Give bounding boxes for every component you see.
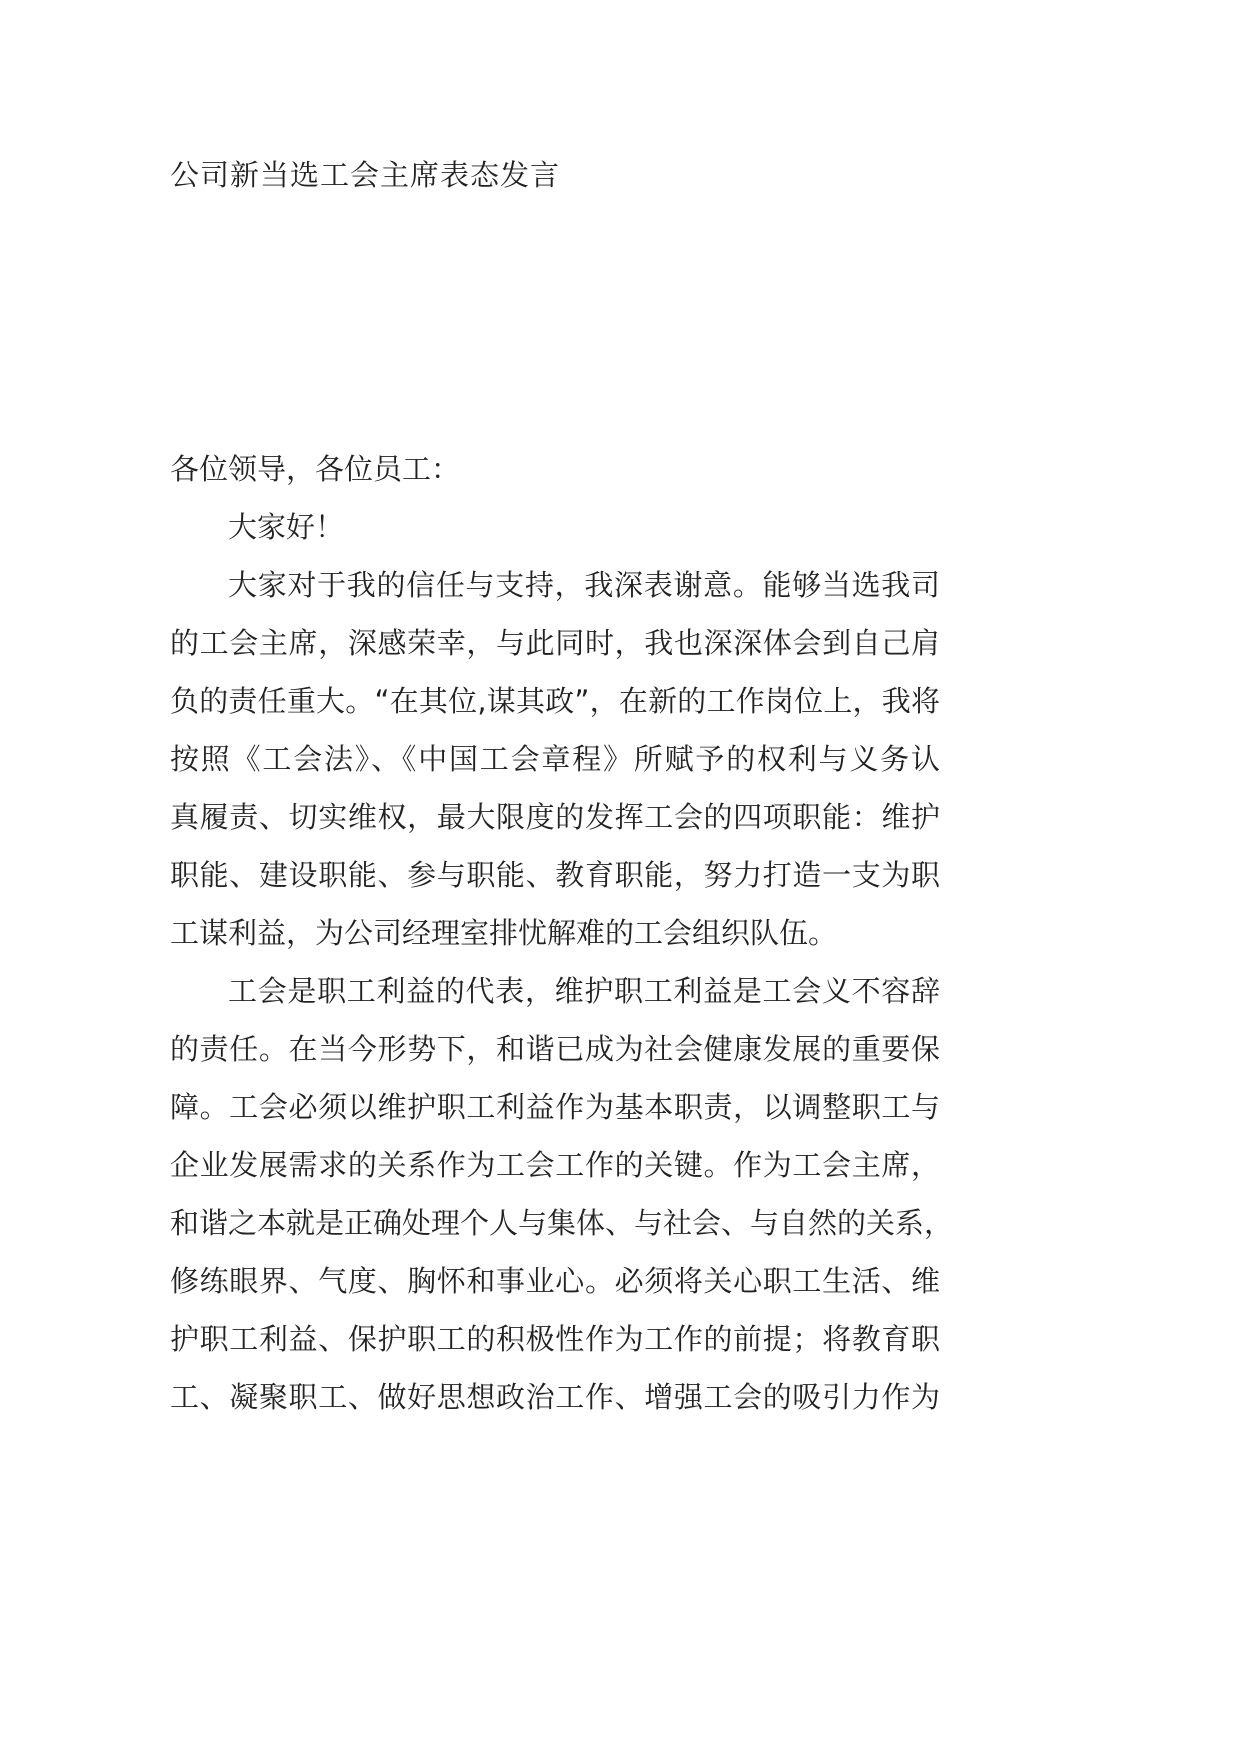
- document-body: 各位领导，各位员工： 大家好！ 大家对于我的信任与支持，我深表谢意。能够当选我司…: [170, 440, 940, 1426]
- document-page: 公司新当选工会主席表态发言 各位领导，各位员工： 大家好！ 大家对于我的信任与支…: [0, 0, 1241, 1755]
- paragraph-line: 修练眼界、气度、胸怀和事业心。必须将关心职工生活、维: [170, 1252, 940, 1310]
- paragraph-line: 工、凝聚职工、做好思想政治工作、增强工会的吸引力作为: [170, 1368, 940, 1426]
- paragraph-line: 企业发展需求的关系作为工会工作的关键。作为工会主席，: [170, 1136, 940, 1194]
- paragraph-line: 工会是职工利益的代表，维护职工利益是工会义不容辞: [170, 962, 940, 1020]
- paragraph-line: 按照《工会法》、《中国工会章程》所赋予的权利与义务认: [170, 730, 940, 788]
- paragraph-line: 护职工利益、保护职工的积极性作为工作的前提；将教育职: [170, 1310, 940, 1368]
- paragraph-line: 和谐之本就是正确处理个人与集体、与社会、与自然的关系，: [170, 1194, 940, 1252]
- salutation: 各位领导，各位员工：: [170, 440, 940, 498]
- paragraph-line: 的工会主席，深感荣幸，与此同时，我也深深体会到自己肩: [170, 614, 940, 672]
- paragraph-line: 职能、建设职能、参与职能、教育职能，努力打造一支为职: [170, 846, 940, 904]
- paragraph-line: 的责任。在当今形势下，和谐已成为社会健康发展的重要保: [170, 1020, 940, 1078]
- paragraph-line: 大家对于我的信任与支持，我深表谢意。能够当选我司: [170, 556, 940, 614]
- paragraph-line: 负的责任重大。“在其位,谋其政”，在新的工作岗位上，我将: [170, 672, 940, 730]
- paragraph-line: 真履责、切实维权，最大限度的发挥工会的四项职能：维护: [170, 788, 940, 846]
- document-title: 公司新当选工会主席表态发言: [170, 155, 560, 195]
- greeting-line: 大家好！: [170, 498, 940, 556]
- paragraph-line: 障。工会必须以维护职工利益作为基本职责，以调整职工与: [170, 1078, 940, 1136]
- paragraph-line: 工谋利益，为公司经理室排忧解难的工会组织队伍。: [170, 904, 940, 962]
